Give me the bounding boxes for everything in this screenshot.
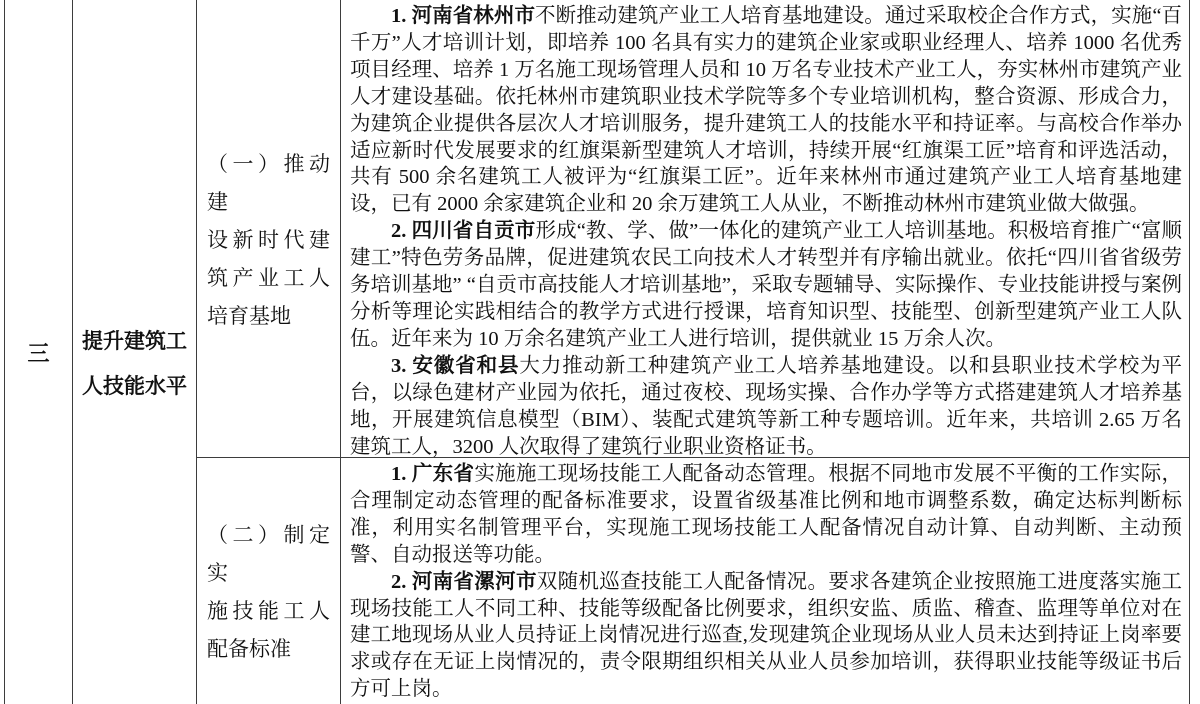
row-title-line: 提升建筑工 <box>82 319 187 364</box>
section-1-header-line: 设新时代建 <box>207 221 330 259</box>
row-title-cell: 提升建筑工 人技能水平 <box>72 0 196 704</box>
section-1-header-line: 培育基地 <box>207 297 330 335</box>
paragraph-lead: 1. 广东省 <box>391 463 474 485</box>
paragraph-lead: 3. 安徽省和县 <box>391 355 519 377</box>
policy-table: 三 提升建筑工 人技能水平 （一）推动建 设新时代建 筑产业工人 培育基地 1.… <box>4 0 1190 704</box>
section-2-header-line: 配备标准 <box>207 630 330 668</box>
document-page: 三 提升建筑工 人技能水平 （一）推动建 设新时代建 筑产业工人 培育基地 1.… <box>0 0 1200 704</box>
paragraph: 1. 河南省林州市不断推动建筑产业工人培育基地建设。通过采取校企合作方式，实施“… <box>350 3 1182 218</box>
section-1-header-line: （一）推动建 <box>207 145 330 221</box>
paragraph: 2. 河南省漯河市双随机巡查技能工人配备情况。要求各建筑企业按照施工进度落实施工… <box>350 569 1182 704</box>
section-1-body-cell: 1. 河南省林州市不断推动建筑产业工人培育基地建设。通过采取校企合作方式，实施“… <box>340 0 1190 457</box>
section-1-header-line: 筑产业工人 <box>207 259 330 297</box>
row-number-cell: 三 <box>4 0 72 704</box>
section-2-body-cell: 1. 广东省实施施工现场技能工人配备动态管理。根据不同地市发展不平衡的工作实际，… <box>340 457 1190 704</box>
paragraph: 2. 四川省自贡市形成“教、学、做”一体化的建筑产业工人培训基地。积极培育推广“… <box>350 218 1182 353</box>
paragraph: 1. 广东省实施施工现场技能工人配备动态管理。根据不同地市发展不平衡的工作实际，… <box>350 461 1182 569</box>
section-2-header-cell: （二）制定实 施技能工人 配备标准 <box>196 457 340 704</box>
section-1-header-cell: （一）推动建 设新时代建 筑产业工人 培育基地 <box>196 0 340 457</box>
row-title-line: 人技能水平 <box>82 364 187 409</box>
paragraph-lead: 2. 四川省自贡市 <box>391 220 535 242</box>
paragraph-text: 实施施工现场技能工人配备动态管理。根据不同地市发展不平衡的工作实际，合理制定动态… <box>350 463 1182 566</box>
paragraph: 3. 安徽省和县大力推动新工种建筑产业工人培养基地建设。以和县职业技术学校为平台… <box>350 353 1182 457</box>
paragraph-lead: 2. 河南省漯河市 <box>391 571 537 593</box>
paragraph-lead: 1. 河南省林州市 <box>391 5 535 27</box>
section-2-header-line: 施技能工人 <box>207 592 330 630</box>
row-number: 三 <box>27 337 49 368</box>
paragraph-text: 不断推动建筑产业工人培育基地建设。通过采取校企合作方式，实施“百千万”人才培训计… <box>350 5 1182 215</box>
section-2-header-line: （二）制定实 <box>207 516 330 592</box>
